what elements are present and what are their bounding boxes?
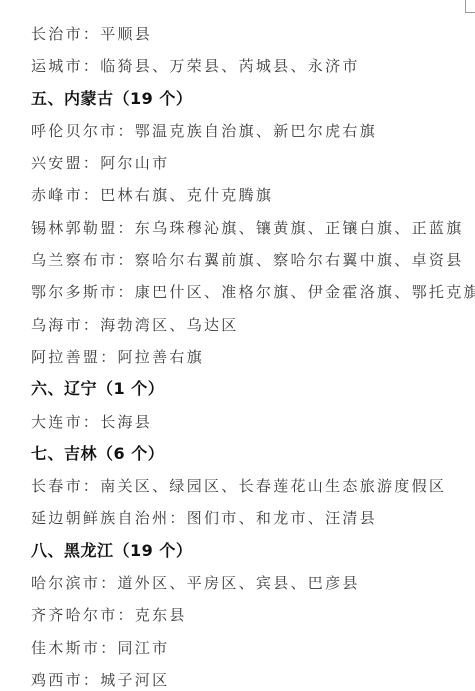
list-item: 阿拉善盟：阿拉善右旗 (31, 341, 475, 373)
section-heading: 六、辽宁（1 个） (31, 373, 475, 405)
list-item: 齐齐哈尔市：克东县 (31, 599, 475, 631)
list-item: 兴安盟：阿尔山市 (31, 147, 475, 179)
document-body: 长治市：平顺县 运城市：临猗县、万荣县、芮城县、永济市 五、内蒙古（19 个） … (31, 18, 475, 691)
list-item: 长治市：平顺县 (31, 18, 475, 50)
list-item: 赤峰市：巴林右旗、克什克腾旗 (31, 179, 475, 211)
list-item: 哈尔滨市：道外区、平房区、宾县、巴彦县 (31, 567, 475, 599)
list-item: 运城市：临猗县、万荣县、芮城县、永济市 (31, 50, 475, 82)
list-item: 鸡西市：城子河区 (31, 664, 475, 691)
list-item: 鄂尔多斯市：康巴什区、准格尔旗、伊金霍洛旗、鄂托克旗 (31, 276, 475, 308)
list-item: 延边朝鲜族自治州：图们市、和龙市、汪清县 (31, 502, 475, 534)
section-heading: 八、黑龙江（19 个） (31, 535, 475, 567)
section-heading: 五、内蒙古（19 个） (31, 83, 475, 115)
list-item: 乌兰察布市：察哈尔右翼前旗、察哈尔右翼中旗、卓资县 (31, 244, 475, 276)
list-item: 大连市：长海县 (31, 406, 475, 438)
list-item: 锡林郭勒盟：东乌珠穆沁旗、镶黄旗、正镶白旗、正蓝旗 (31, 212, 475, 244)
list-item: 长春市：南关区、绿园区、长春莲花山生态旅游度假区 (31, 470, 475, 502)
page-corner-mark (465, 0, 475, 13)
list-item: 呼伦贝尔市：鄂温克族自治旗、新巴尔虎右旗 (31, 115, 475, 147)
list-item: 乌海市：海勃湾区、乌达区 (31, 309, 475, 341)
section-heading: 七、吉林（6 个） (31, 438, 475, 470)
list-item: 佳木斯市：同江市 (31, 632, 475, 664)
